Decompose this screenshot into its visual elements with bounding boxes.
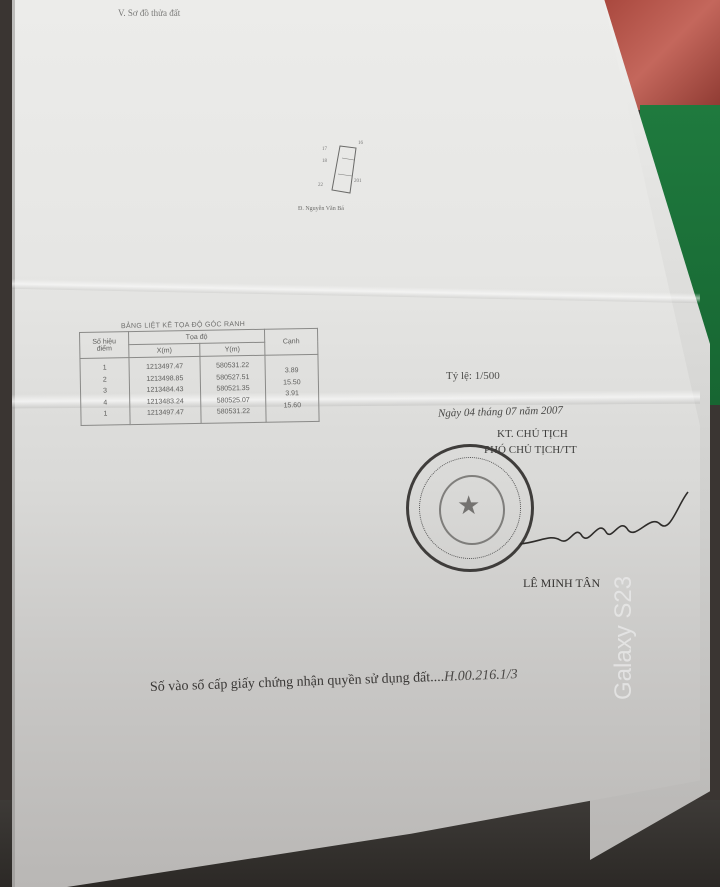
section-title: V. Sơ đồ thửa đất bbox=[118, 8, 180, 18]
svg-text:16: 16 bbox=[358, 141, 364, 146]
svg-text:17: 17 bbox=[322, 147, 328, 152]
svg-text:201: 201 bbox=[354, 179, 362, 184]
document-page bbox=[12, 0, 700, 887]
edge-column: 3.89 15.50 3.91 15.60 bbox=[265, 354, 319, 421]
header-edge: Cạnh bbox=[264, 328, 317, 355]
scale-label: Tỷ lệ: 1/500 bbox=[446, 370, 500, 382]
official-seal-stamp: ★ bbox=[406, 444, 534, 572]
land-plot-sketch: 16 17 18 22 201 bbox=[310, 138, 380, 198]
y-column: 580531.22 580527.51 580521.35 580525.07 … bbox=[200, 355, 266, 423]
camera-watermark: Galaxy S23 bbox=[610, 576, 638, 700]
star-icon: ★ bbox=[457, 491, 480, 521]
header-point: Số hiệu điểm bbox=[80, 332, 129, 359]
page-edge bbox=[12, 0, 15, 887]
header-y: Y(m) bbox=[200, 342, 265, 356]
point-column: 1 2 3 4 1 bbox=[80, 358, 130, 425]
coordinate-table: Số hiệu điểm Tọa độ Cạnh X(m) Y(m) 1 2 3… bbox=[79, 328, 320, 426]
signer-name: LÊ MINH TÂN bbox=[523, 576, 600, 591]
road-label: Đ. Nguyễn Văn Bá bbox=[298, 206, 344, 212]
registration-number: H.00.216.1/3 bbox=[444, 667, 518, 685]
authority-title: KT. CHỦ TỊCH bbox=[497, 428, 568, 440]
x-column: 1213497.47 1213498.85 1213484.43 1213483… bbox=[129, 356, 201, 424]
svg-text:18: 18 bbox=[322, 159, 328, 164]
svg-text:22: 22 bbox=[318, 183, 324, 188]
signature bbox=[520, 484, 690, 554]
header-x: X(m) bbox=[129, 343, 200, 357]
